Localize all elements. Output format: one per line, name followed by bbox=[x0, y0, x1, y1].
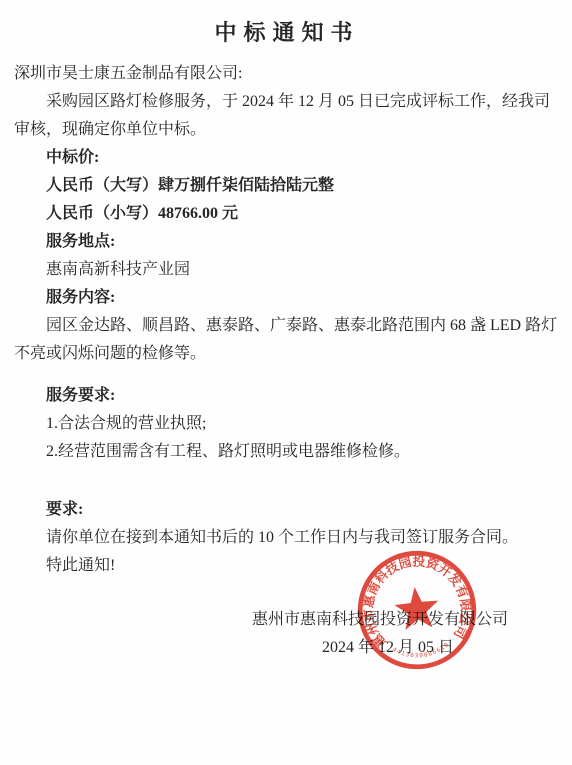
requirement-heading: 要求: bbox=[14, 496, 560, 524]
document-title: 中标通知书 bbox=[14, 20, 560, 46]
signature-block: 惠州市惠南科技园投资开发有限公司 2024 年 12 月 05 日 bbox=[14, 606, 560, 662]
service-requirement-item: 1.合法合规的营业执照; bbox=[14, 410, 560, 438]
requirement-body: 请你单位在接到本通知书后的 10 个工作日内与我司签订服务合同。 bbox=[14, 524, 560, 552]
service-content-heading: 服务内容: bbox=[14, 284, 560, 312]
service-requirements-heading: 服务要求: bbox=[14, 382, 560, 410]
closing-line: 特此通知! bbox=[14, 552, 560, 580]
service-requirement-item: 2.经营范围需含有工程、路灯照明或电器维修检修。 bbox=[14, 438, 560, 466]
service-location-heading: 服务地点: bbox=[14, 228, 560, 256]
signature-company: 惠州市惠南科技园投资开发有限公司 bbox=[14, 606, 560, 634]
intro-paragraph: 采购园区路灯检修服务，于 2024 年 12 月 05 日已完成评标工作，经我司… bbox=[14, 88, 560, 144]
service-content-value: 园区金达路、顺昌路、惠泰路、广泰路、惠泰北路范围内 68 盏 LED 路灯不亮或… bbox=[14, 312, 560, 368]
award-price-figures: 人民币（小写）48766.00 元 bbox=[14, 200, 560, 228]
addressee-line: 深圳市昊士康五金制品有限公司: bbox=[14, 60, 560, 88]
notice-document: 中标通知书 深圳市昊士康五金制品有限公司: 采购园区路灯检修服务，于 2024 … bbox=[0, 0, 572, 765]
service-location-value: 惠南高新科技产业园 bbox=[14, 256, 560, 284]
award-price-heading: 中标价: bbox=[14, 144, 560, 172]
signature-date: 2024 年 12 月 05 日 bbox=[14, 634, 560, 662]
award-price-words: 人民币（大写）肆万捌仟柒佰陆拾陆元整 bbox=[14, 172, 560, 200]
